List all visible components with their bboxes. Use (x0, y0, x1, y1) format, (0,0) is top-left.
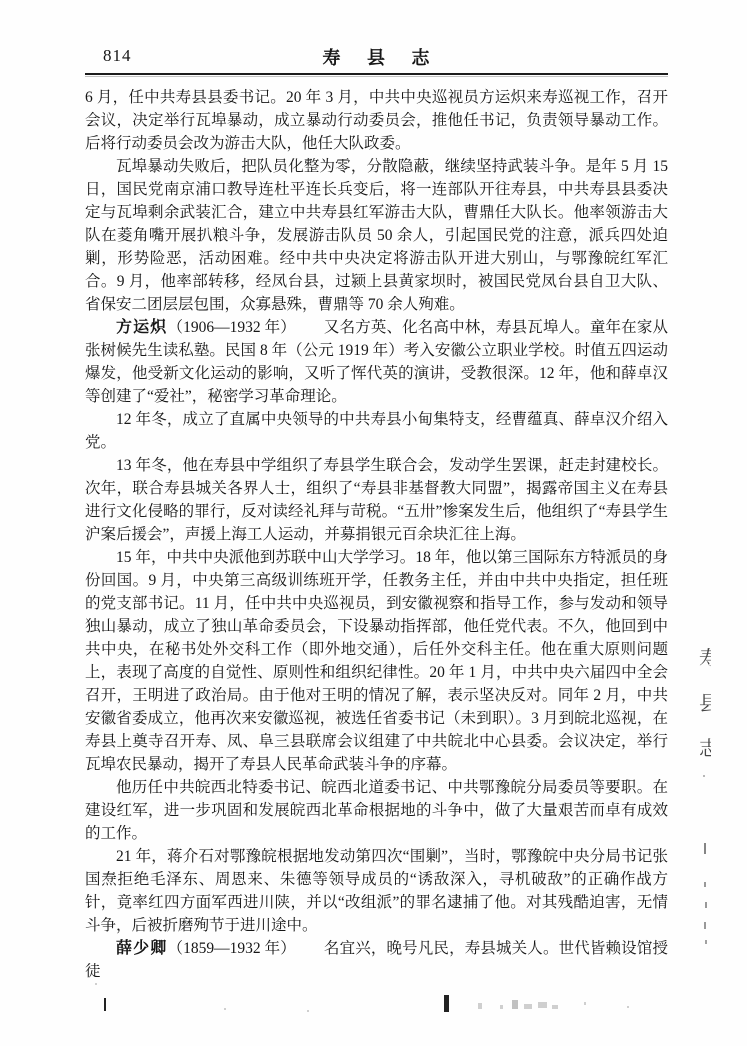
bio-paragraph-1: 12 年冬，成立了直属中央领导的中共寿县小甸集特支，经曹蕴真、薛卓汉介绍入党。 (85, 408, 668, 454)
bio-paragraph-2: 13 年冬，他在寿县中学组织了寿县学生联合会，发动学生罢课，赶走封建校长。次年，… (85, 454, 668, 546)
scan-speck (95, 983, 97, 985)
bio-paragraph-5: 21 年，蒋介石对鄂豫皖根据地发动第四次“围剿”，当时，鄂豫皖中央分局书记张国焘… (85, 845, 668, 937)
text-column: 6 月，任中共寿县县委书记。20 年 3 月，中共中央巡视员方运炽来寿巡视工作，… (85, 86, 668, 983)
scan-speck (307, 1010, 309, 1012)
scan-smudge (512, 1000, 518, 1009)
scan-speck (627, 1006, 629, 1008)
bio-entry-xue-shaoqing-lead: 薛少卿（1859—1932 年）名宜兴，晚号凡民，寿县城关人。世代皆赖设馆授徒 (85, 937, 668, 983)
edge-ghost-char-3: 志 (699, 738, 711, 760)
bio-paragraph-3: 15 年，中共中央派他到苏联中山大学学习。18 年，他以第三国际东方特派员的身份… (85, 546, 668, 776)
bio-name-xue-shaoqing: 薛少卿 (116, 940, 167, 957)
scan-smudge (524, 1004, 532, 1009)
scan-speck (224, 1008, 226, 1010)
book-title: 寿 县 志 (85, 44, 667, 70)
scanned-book-page: 814 寿 县 志 6 月，任中共寿县县委书记。20 年 3 月，中共中央巡视员… (0, 0, 747, 1046)
paragraph-continuation-2: 瓦埠暴动失败后，把队员化整为零，分散隐蔽，继续坚持武装斗争。是年 5 月 15 … (85, 155, 668, 316)
bio-entry-fang-yunchi-lead: 方运炽（1906—1932 年）又名方英、化名高中林，寿县瓦埠人。童年在家从张树… (85, 316, 668, 408)
header-rule (85, 73, 668, 77)
edge-ghost-char-1: 寿 (699, 648, 711, 670)
scan-speck (584, 1002, 586, 1005)
edge-speck (704, 882, 706, 887)
bio-paragraph-4: 他历任中共皖西北特委书记、皖西北道委书记、中共鄂豫皖分局委员等要职。在建设红军，… (85, 776, 668, 845)
scan-smudge (478, 1003, 482, 1009)
edge-ghost-char-2: 县 (699, 693, 711, 715)
edge-speck (705, 940, 707, 944)
bio-years-xue-shaoqing: （1859—1932 年） (167, 940, 295, 957)
edge-mark (704, 843, 706, 854)
scan-smudge (500, 1005, 503, 1009)
page-header: 814 寿 县 志 (85, 44, 667, 70)
paragraph-continuation-1: 6 月，任中共寿县县委书记。20 年 3 月，中共中央巡视员方运炽来寿巡视工作，… (85, 86, 668, 155)
edge-speck (703, 775, 705, 777)
scan-artifact-tick (104, 998, 106, 1011)
scan-artifact-bar (444, 995, 449, 1012)
scan-smudge (538, 1002, 547, 1008)
edge-speck (705, 902, 707, 908)
edge-speck (704, 922, 706, 929)
bio-name-fang-yunchi: 方运炽 (116, 319, 167, 336)
scan-smudge (552, 1005, 558, 1009)
bio-years-fang-yunchi: （1906—1932 年） (167, 319, 295, 336)
